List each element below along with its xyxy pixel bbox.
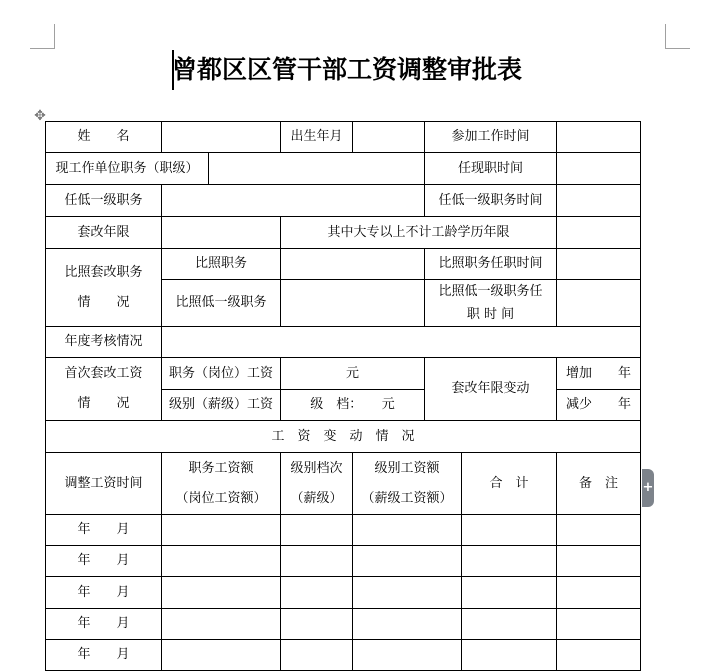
ref-lower-post-label: 比照低一级职务 [161, 279, 281, 327]
birth-field[interactable] [352, 121, 425, 153]
name-label: 姓 名 [45, 121, 162, 153]
ref-reform-label-line1: 比照套改职务 [64, 258, 142, 288]
current-unit-label: 现工作单位职务（职级） [45, 152, 209, 185]
page-margin-corner-top-left [30, 24, 55, 49]
birth-label: 出生年月 [280, 121, 353, 153]
first-reform-label-line1: 首次套改工资 [64, 359, 142, 389]
ref-lower-post-time-line1: 比照低一级职务任 [438, 280, 542, 303]
decrease-years-field[interactable]: 减少 年 [556, 389, 641, 421]
current-unit-field[interactable] [208, 152, 425, 185]
col-header-remarks: 备 注 [556, 452, 641, 515]
table-row-0-post-wage[interactable] [161, 514, 281, 546]
ref-reform-label: 比照套改职务 情 况 [45, 248, 162, 327]
table-row-3-grade-level[interactable] [280, 608, 353, 640]
col-header-post-wage-line2: （岗位工资额） [175, 484, 266, 514]
table-row-3-grade-wage[interactable] [352, 608, 462, 640]
col-header-grade-level-line2: （薪级） [290, 484, 342, 514]
table-row-0-grade-wage[interactable] [352, 514, 462, 546]
col-header-grade-wage-line2: （薪级工资额） [361, 484, 452, 514]
reform-years-label: 套改年限 [45, 216, 162, 249]
ref-post-time-label: 比照职务任职时间 [424, 248, 557, 280]
current-post-time-field[interactable] [556, 152, 641, 185]
ref-post-label: 比照职务 [161, 248, 281, 280]
ref-reform-label-line2: 情 况 [77, 288, 129, 318]
ref-lower-post-time-label: 比照低一级职务任 职 时 间 [424, 279, 557, 327]
col-header-grade-wage: 级别工资额 （薪级工资额） [352, 452, 462, 515]
reform-note-label: 其中大专以上不计工龄学历年限 [280, 216, 557, 249]
lower-post-time-label: 任低一级职务时间 [424, 184, 557, 217]
table-row-1-post-wage[interactable] [161, 545, 281, 577]
table-row-0-total[interactable] [461, 514, 557, 546]
col-header-grade-level: 级别档次 （薪级） [280, 452, 353, 515]
table-row-2-post-wage[interactable] [161, 576, 281, 609]
table-row-3-total[interactable] [461, 608, 557, 640]
table-row-0-grade-level[interactable] [280, 514, 353, 546]
ref-lower-post-time-line2: 职 时 间 [467, 303, 514, 326]
ref-lower-post-field[interactable] [280, 279, 425, 327]
table-row-4-grade-level[interactable] [280, 639, 353, 671]
table-row-4-post-wage[interactable] [161, 639, 281, 671]
wage-change-heading: 工 资 变 动 情 况 [45, 420, 641, 453]
table-row-1-total[interactable] [461, 545, 557, 577]
name-field[interactable] [161, 121, 281, 153]
table-row-0-time[interactable]: 年 月 [45, 514, 162, 546]
table-row-4-remarks[interactable] [556, 639, 641, 671]
first-reform-label-line2: 情 况 [77, 389, 129, 419]
table-row-4-grade-wage[interactable] [352, 639, 462, 671]
work-start-field[interactable] [556, 121, 641, 153]
grade-wage-field[interactable]: 级 档： 元 [280, 389, 425, 421]
table-row-1-time[interactable]: 年 月 [45, 545, 162, 577]
table-row-2-time[interactable]: 年 月 [45, 576, 162, 609]
grade-wage-label: 级别（薪级）工资 [161, 389, 281, 421]
text-cursor [172, 50, 174, 90]
first-reform-label: 首次套改工资 情 况 [45, 357, 162, 421]
table-row-0-remarks[interactable] [556, 514, 641, 546]
col-header-total: 合 计 [461, 452, 557, 515]
post-wage-field[interactable]: 元 [280, 357, 425, 390]
table-row-3-remarks[interactable] [556, 608, 641, 640]
table-row-2-grade-wage[interactable] [352, 576, 462, 609]
table-row-3-time[interactable]: 年 月 [45, 608, 162, 640]
reform-years-change-label: 套改年限变动 [424, 357, 557, 421]
col-header-time: 调整工资时间 [45, 452, 162, 515]
col-header-post-wage: 职务工资额 （岗位工资额） [161, 452, 281, 515]
reform-note-field[interactable] [556, 216, 641, 249]
ref-post-field[interactable] [280, 248, 425, 280]
increase-years-field[interactable]: 增加 年 [556, 357, 641, 390]
table-row-1-remarks[interactable] [556, 545, 641, 577]
col-header-post-wage-line1: 职务工资额 [188, 454, 253, 484]
table-row-2-remarks[interactable] [556, 576, 641, 609]
col-header-grade-level-line1: 级别档次 [290, 454, 342, 484]
annual-review-label: 年度考核情况 [45, 326, 162, 358]
col-header-grade-wage-line1: 级别工资额 [374, 454, 439, 484]
lower-post-time-field[interactable] [556, 184, 641, 217]
ref-post-time-field[interactable] [556, 248, 641, 280]
table-row-1-grade-level[interactable] [280, 545, 353, 577]
work-start-label: 参加工作时间 [424, 121, 557, 153]
ref-lower-post-time-field[interactable] [556, 279, 641, 327]
lower-post-label: 任低一级职务 [45, 184, 162, 217]
document-title[interactable]: 曾都区区管干部工资调整审批表 [172, 50, 522, 86]
reform-years-field[interactable] [161, 216, 281, 249]
annual-review-field[interactable] [161, 326, 641, 358]
lower-post-field[interactable] [161, 184, 425, 217]
add-column-button[interactable]: + [642, 469, 654, 507]
table-row-1-grade-wage[interactable] [352, 545, 462, 577]
post-wage-label: 职务（岗位）工资 [161, 357, 281, 390]
current-post-time-label: 任现职时间 [424, 152, 557, 185]
table-row-4-total[interactable] [461, 639, 557, 671]
table-row-2-total[interactable] [461, 576, 557, 609]
table-row-4-time[interactable]: 年 月 [45, 639, 162, 671]
page-margin-corner-top-right [665, 24, 690, 49]
table-row-3-post-wage[interactable] [161, 608, 281, 640]
table-row-2-grade-level[interactable] [280, 576, 353, 609]
